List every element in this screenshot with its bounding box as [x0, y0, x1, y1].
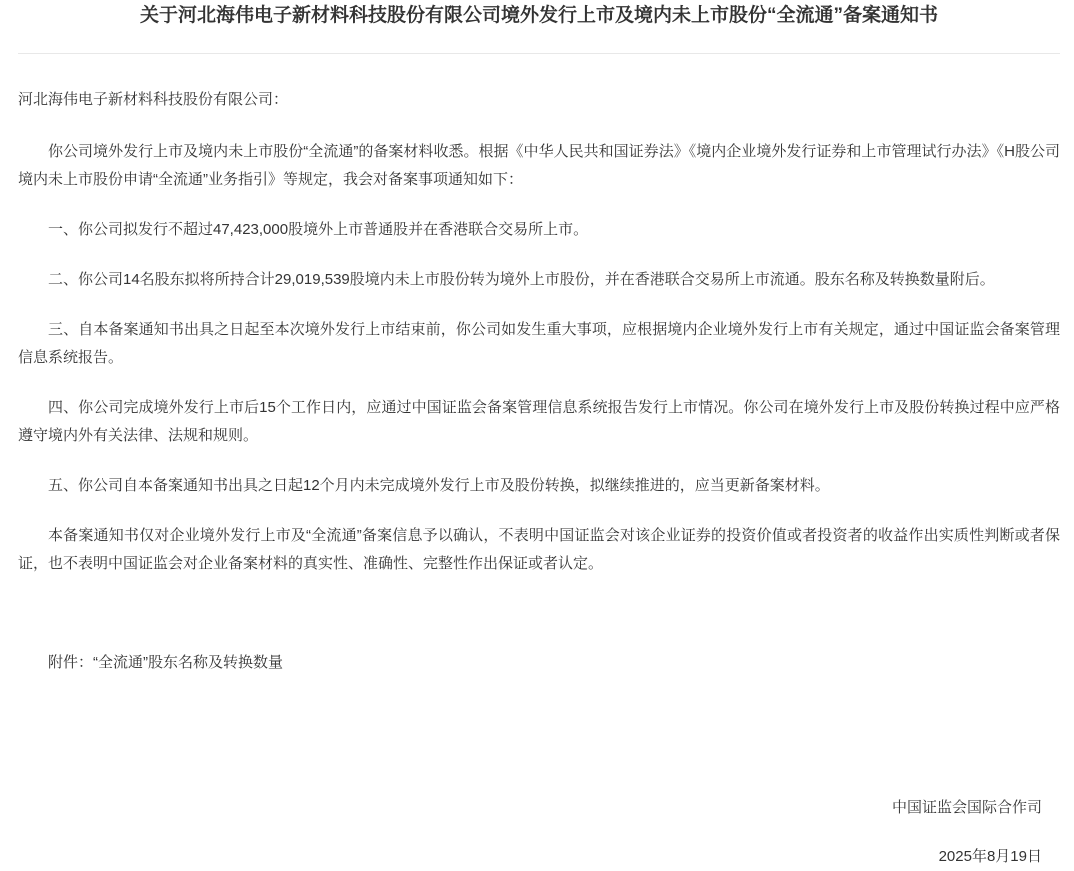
paragraph-item-3: 三、自本备案通知书出具之日起至本次境外发行上市结束前，你公司如发生重大事项，应根… [18, 316, 1060, 372]
paragraph-intro: 你公司境外发行上市及境内未上市股份“全流通”的备案材料收悉。根据《中华人民共和国… [18, 138, 1060, 194]
document-page: 关于河北海伟电子新材料科技股份有限公司境外发行上市及境内未上市股份“全流通”备案… [0, 0, 1074, 871]
issue-date: 2025年8月19日 [18, 843, 1060, 871]
paragraph-item-2: 二、你公司14名股东拟将所持合计29,019,539股境内未上市股份转为境外上市… [18, 266, 1060, 294]
paragraph-item-5: 五、你公司自本备案通知书出具之日起12个月内未完成境外发行上市及股份转换，拟继续… [18, 472, 1060, 500]
title-divider [18, 53, 1060, 54]
attachment-line: 附件：“全流通”股东名称及转换数量 [18, 649, 1060, 677]
paragraph-item-4: 四、你公司完成境外发行上市后15个工作日内，应通过中国证监会备案管理信息系统报告… [18, 394, 1060, 450]
document-title: 关于河北海伟电子新材料科技股份有限公司境外发行上市及境内未上市股份“全流通”备案… [18, 2, 1060, 28]
paragraph-item-1: 一、你公司拟发行不超过47,423,000股境外上市普通股并在香港联合交易所上市… [18, 216, 1060, 244]
salutation: 河北海伟电子新材料科技股份有限公司： [18, 86, 1060, 114]
issuer-signature: 中国证监会国际合作司 [18, 794, 1060, 822]
paragraph-disclaimer: 本备案通知书仅对企业境外发行上市及“全流通”备案信息予以确认，不表明中国证监会对… [18, 522, 1060, 578]
